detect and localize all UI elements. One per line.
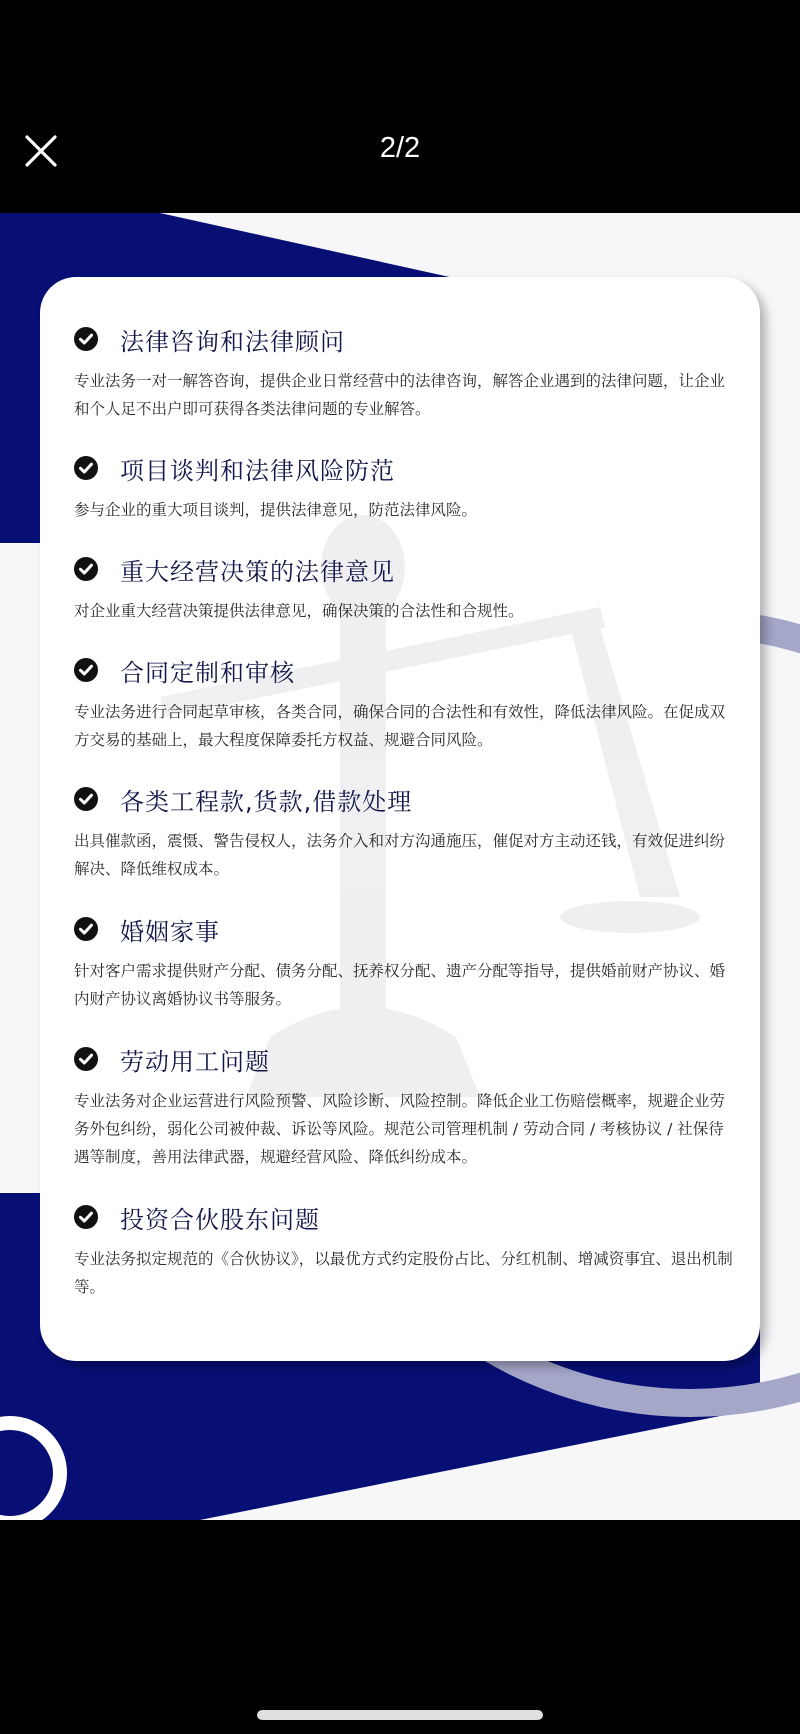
- service-title: 项目谈判和法律风险防范: [120, 451, 395, 486]
- service-description: 专业法务对企业运营进行风险预警、风险诊断、风险控制。降低企业工伤赔偿概率，规避企…: [74, 1087, 734, 1171]
- service-title: 法律咨询和法律顾问: [120, 322, 345, 357]
- service-description: 针对客户需求提供财产分配、债务分配、抚养权分配、遗产分配等指导，提供婚前财产协议…: [74, 957, 734, 1013]
- services-list: 法律咨询和法律顾问 专业法务一对一解答咨询，提供企业日常经营中的法律咨询，解答企…: [74, 319, 734, 1301]
- service-item: 各类工程款,货款,借款处理 出具催款函，震慑、警告侵权人，法务介入和对方沟通施压…: [74, 779, 734, 909]
- service-item: 法律咨询和法律顾问 专业法务一对一解答咨询，提供企业日常经营中的法律咨询，解答企…: [74, 319, 734, 448]
- service-title: 婚姻家事: [120, 912, 220, 947]
- viewer-top-bar: 2/2: [0, 0, 800, 213]
- check-circle-icon: [74, 557, 98, 581]
- service-title: 投资合伙股东问题: [120, 1200, 320, 1235]
- service-title: 各类工程款,货款,借款处理: [120, 782, 412, 817]
- page-counter: 2/2: [0, 132, 800, 165]
- service-item: 合同定制和审核 专业法务进行合同起草审核，各类合同，确保合同的合法性和有效性，降…: [74, 650, 734, 779]
- service-item: 项目谈判和法律风险防范 参与企业的重大项目谈判，提供法律意见，防范法律风险。: [74, 448, 734, 549]
- service-description: 专业法务拟定规范的《合伙协议》，以最优方式约定股份占比、分红机制、增减资事宜、退…: [74, 1245, 734, 1301]
- check-circle-icon: [74, 917, 98, 941]
- check-circle-icon: [74, 787, 98, 811]
- service-item: 劳动用工问题 专业法务对企业运营进行风险预警、风险诊断、风险控制。降低企业工伤赔…: [74, 1039, 734, 1197]
- service-title: 劳动用工问题: [120, 1042, 270, 1077]
- image-viewer[interactable]: 法律咨询和法律顾问 专业法务一对一解答咨询，提供企业日常经营中的法律咨询，解答企…: [0, 213, 800, 1520]
- service-description: 出具催款函，震慑、警告侵权人，法务介入和对方沟通施压，催促对方主动还钱，有效促进…: [74, 827, 734, 883]
- service-description: 参与企业的重大项目谈判，提供法律意见，防范法律风险。: [74, 496, 734, 524]
- service-description: 对企业重大经营决策提供法律意见，确保决策的合法性和合规性。: [74, 597, 734, 625]
- home-indicator[interactable]: [257, 1710, 543, 1720]
- service-item: 重大经营决策的法律意见 对企业重大经营决策提供法律意见，确保决策的合法性和合规性…: [74, 549, 734, 650]
- check-circle-icon: [74, 1205, 98, 1229]
- check-circle-icon: [74, 456, 98, 480]
- service-item: 投资合伙股东问题 专业法务拟定规范的《合伙协议》，以最优方式约定股份占比、分红机…: [74, 1197, 734, 1301]
- check-circle-icon: [74, 658, 98, 682]
- service-item: 婚姻家事 针对客户需求提供财产分配、债务分配、抚养权分配、遗产分配等指导，提供婚…: [74, 909, 734, 1039]
- service-description: 专业法务进行合同起草审核，各类合同，确保合同的合法性和有效性，降低法律风险。在促…: [74, 698, 734, 754]
- check-circle-icon: [74, 1047, 98, 1071]
- services-card: 法律咨询和法律顾问 专业法务一对一解答咨询，提供企业日常经营中的法律咨询，解答企…: [40, 277, 760, 1361]
- service-description: 专业法务一对一解答咨询，提供企业日常经营中的法律咨询，解答企业遇到的法律问题，让…: [74, 367, 734, 423]
- check-circle-icon: [74, 327, 98, 351]
- service-title: 合同定制和审核: [120, 653, 295, 688]
- service-title: 重大经营决策的法律意见: [120, 552, 395, 587]
